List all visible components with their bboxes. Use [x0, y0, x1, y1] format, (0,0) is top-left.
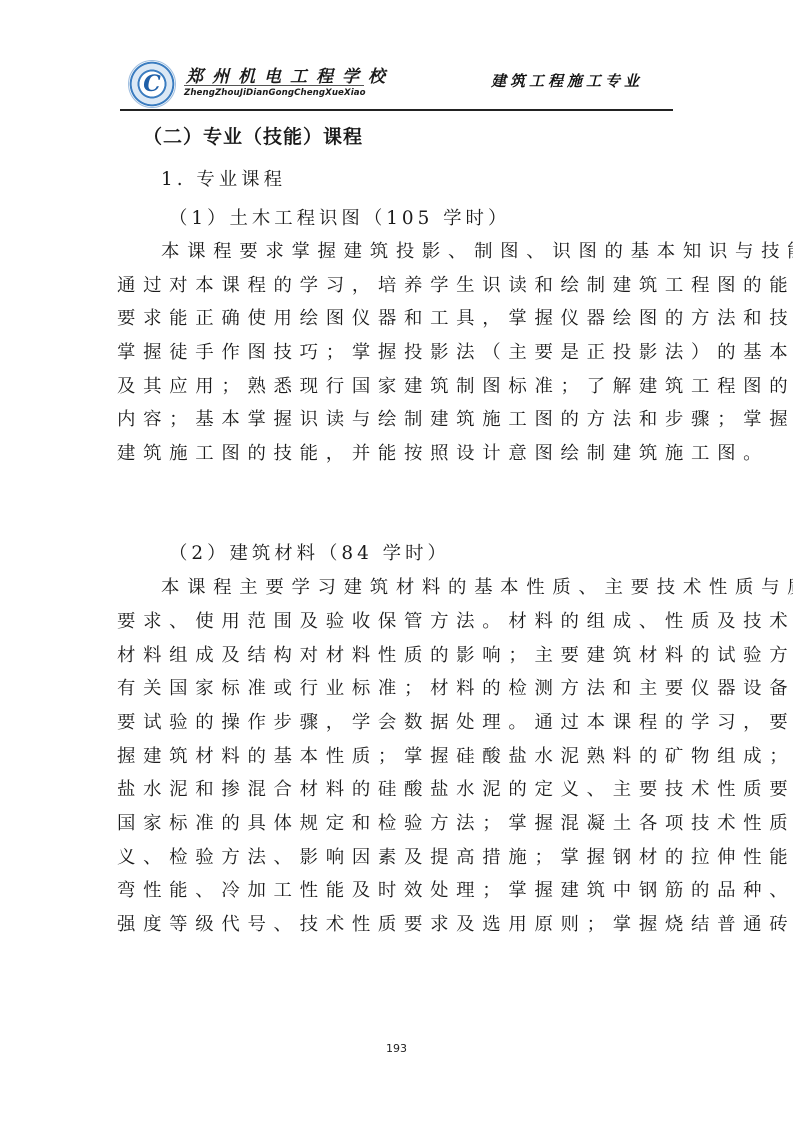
- course-heading-1: （1）土木工程识图（105 学时）: [169, 204, 510, 230]
- paragraph-line: 要求、使用范围及验收保管方法。材料的组成、性质及技术要求；: [117, 610, 793, 634]
- course-heading-2: （2）建筑材料（84 学时）: [169, 539, 450, 565]
- paragraph-line: 建筑施工图的技能，并能按照设计意图绘制建筑施工图。: [117, 442, 769, 466]
- school-name-pinyin: ZhengZhouJiDianGongChengXueXiao: [184, 88, 366, 98]
- paragraph-line: 要试验的操作步骤，学会数据处理。通过本课程的学习，要求掌: [117, 711, 793, 735]
- emblem-glyph: C: [129, 61, 175, 107]
- paragraph-line: 通过对本课程的学习，培养学生识读和绘制建筑工程图的能力。: [117, 274, 793, 298]
- school-name-divider: [184, 85, 364, 86]
- school-emblem-icon: C: [128, 60, 176, 108]
- paragraph-line: 本课程主要学习建筑材料的基本性质、主要技术性质与质量: [161, 576, 793, 600]
- paragraph-line: 掌握徒手作图技巧；掌握投影法（主要是正投影法）的基本理论: [117, 341, 793, 365]
- paragraph-line: 弯性能、冷加工性能及时效处理；掌握建筑中钢筋的品种、规格、: [117, 879, 793, 903]
- header-rule: [120, 109, 673, 111]
- paragraph-line: 及其应用；熟悉现行国家建筑制图标准；了解建筑工程图的主要: [117, 375, 793, 399]
- section-heading: （二）专业（技能）课程: [143, 122, 363, 149]
- document-page: C 郑州机电工程学校 ZhengZhouJiDianGongChengXueXi…: [0, 0, 793, 1122]
- major-title: 建筑工程施工专业: [491, 70, 643, 91]
- subsection-heading: 1. 专业课程: [161, 165, 286, 191]
- page-header: C 郑州机电工程学校 ZhengZhouJiDianGongChengXueXi…: [120, 52, 673, 112]
- school-name-chinese: 郑州机电工程学校: [186, 62, 394, 87]
- paragraph-line: 要求能正确使用绘图仪器和工具，掌握仪器绘图的方法和技能；: [117, 307, 793, 331]
- paragraph-line: 盐水泥和掺混合材料的硅酸盐水泥的定义、主要技术性质要求、: [117, 778, 793, 802]
- paragraph-line: 国家标准的具体规定和检验方法；掌握混凝土各项技术性质的定: [117, 812, 793, 836]
- paragraph-line: 握建筑材料的基本性质；掌握硅酸盐水泥熟料的矿物组成；硅酸: [117, 745, 793, 769]
- paragraph-line: 强度等级代号、技术性质要求及选用原则；掌握烧结普通砖的主: [117, 913, 793, 937]
- paragraph-line: 有关国家标准或行业标准；材料的检测方法和主要仪器设备、主: [117, 677, 793, 701]
- paragraph-line: 材料组成及结构对材料性质的影响；主要建筑材料的试验方法；: [117, 644, 793, 668]
- paragraph-line: 义、检验方法、影响因素及提高措施；掌握钢材的拉伸性能、冷: [117, 846, 793, 870]
- paragraph-line: 本课程要求掌握建筑投影、制图、识图的基本知识与技能，: [161, 240, 793, 264]
- page-number: 193: [0, 1042, 793, 1055]
- paragraph-line: 内容；基本掌握识读与绘制建筑施工图的方法和步骤；掌握识读: [117, 408, 793, 432]
